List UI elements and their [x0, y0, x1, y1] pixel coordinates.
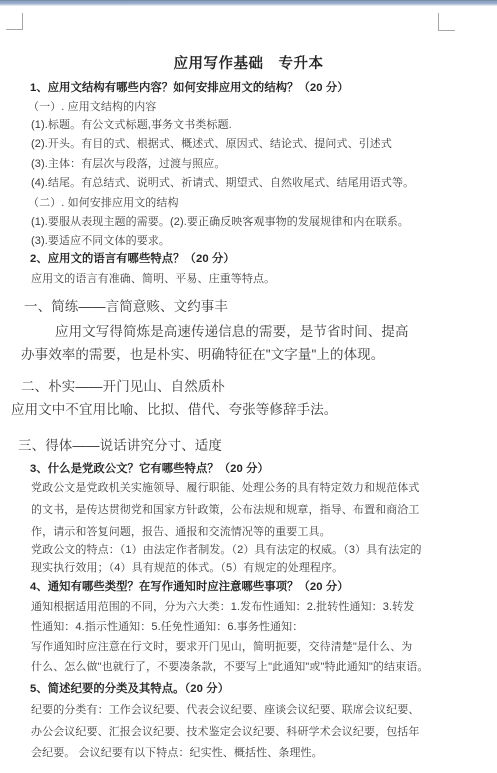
screen: 应用写作基础 专升本 1、应用文结构有哪些内容？如何安排应用文的结构？（20 分…: [0, 0, 497, 773]
doc-line: 办事效率的需要，也是朴实、明确特征在"文字量"上的体现。: [21, 347, 384, 363]
doc-line: 写作通知时应注意在行文时，要求开门见山，简明扼要，交待清楚"是什么、为: [31, 641, 412, 654]
doc-line: (1).标题。有公文式标题,事务文书类标题.: [31, 119, 232, 132]
doc-line: 应用文的语言有准确、简明、平易、庄重等特点。: [31, 273, 275, 286]
section-3-heading: 三、得体——说话讲究分寸、适度: [18, 438, 222, 454]
doc-line: 应用文中不宜用比喻、比拟、借代、夸张等修辞手法。: [11, 402, 337, 418]
doc-line: 应用文写得简炼是高速传递信息的需要，是节省时间、提高: [55, 324, 409, 340]
question-4-heading: 4、通知有哪些类型？在写作通知时应注意哪些事项？（20 分）: [30, 581, 349, 594]
doc-line: (3).要适应不同文体的要求。: [31, 235, 170, 248]
doc-line: 党政公文是党政机关实施领导、履行职能、处理公务的具有特定效力和规范体式: [31, 482, 420, 495]
text-boundary-mark-top-left: [6, 13, 23, 30]
question-2-heading: 2、应用文的语言有哪些特点？（20 分）: [30, 253, 235, 266]
doc-line: 会纪要。 会议纪要有以下特点：纪实性、概括性、条理性。: [31, 747, 323, 760]
doc-line: 办公会议纪要、汇报会议纪要、技术鉴定会议纪要、科研学术会议纪要，包括年: [31, 726, 420, 739]
doc-line: 纪要的分类有：工作会议纪要、代表会议纪要、座谈会议纪要、联席会议纪要、: [31, 704, 420, 717]
doc-line: 的文书，是传达贯彻党和国家方针政策，公布法规和规章，指导、布置和商洽工: [31, 504, 420, 517]
question-3-heading: 3、什么是党政公文？它有哪些特点？（20 分）: [30, 463, 269, 476]
section-2-heading: 二、朴实——开门见山、自然质朴: [21, 379, 225, 395]
document-page[interactable]: 应用写作基础 专升本 1、应用文结构有哪些内容？如何安排应用文的结构？（20 分…: [0, 0, 497, 773]
doc-line: (2).开头。有目的式、根据式、概述式、原因式、结论式、提问式、引述式: [31, 138, 392, 151]
question-5-heading: 5、简述纪要的分类及其特点。（20 分）: [30, 683, 229, 696]
doc-line: 性通知：4.指示性通知：5.任免性通知：6.事务性通知：: [31, 621, 303, 634]
doc-line: (1).要服从表现主题的需要。(2).要正确反映客观事物的发展规律和内在联系。: [31, 216, 409, 229]
doc-line: 通知根据适用范围的不同，分为六大类：1.发布性通知：2.批转性通知：3.转发: [31, 601, 414, 614]
doc-line: 现实执行效用；（4）具有规范的体式。（5）有规定的处理程序。: [31, 562, 343, 575]
section-1-heading: 一、简练——言简意赅、文约事丰: [24, 299, 228, 315]
doc-line: (4).结尾。有总结式、说明式、祈请式、期望式、自然收尾式、结尾用语式等。: [31, 177, 414, 190]
doc-line: (3).主体：有层次与段落，过渡与照应。: [31, 158, 226, 171]
doc-line: 作，请示和答复问题，报告、通报和交流情况等的重要工具。: [31, 526, 331, 539]
doc-line: 党政公文的特点：（1）由法定作者制发。（2）具有法定的权威。（3）具有法定的: [31, 544, 422, 557]
question-1-heading: 1、应用文结构有哪些内容？如何安排应用文的结构？（20 分）: [30, 82, 349, 95]
doc-line: （二）. 如何安排应用文的结构: [28, 197, 179, 210]
text-boundary-mark-top-right: [438, 13, 455, 31]
doc-title: 应用写作基础 专升本: [0, 56, 497, 73]
doc-line: 什么、怎么做"也就行了，不要凑条款，不要写上"此通知"或"特此通知"的结束语。: [31, 661, 428, 674]
doc-line: （一）. 应用文结构的内容: [28, 101, 156, 114]
